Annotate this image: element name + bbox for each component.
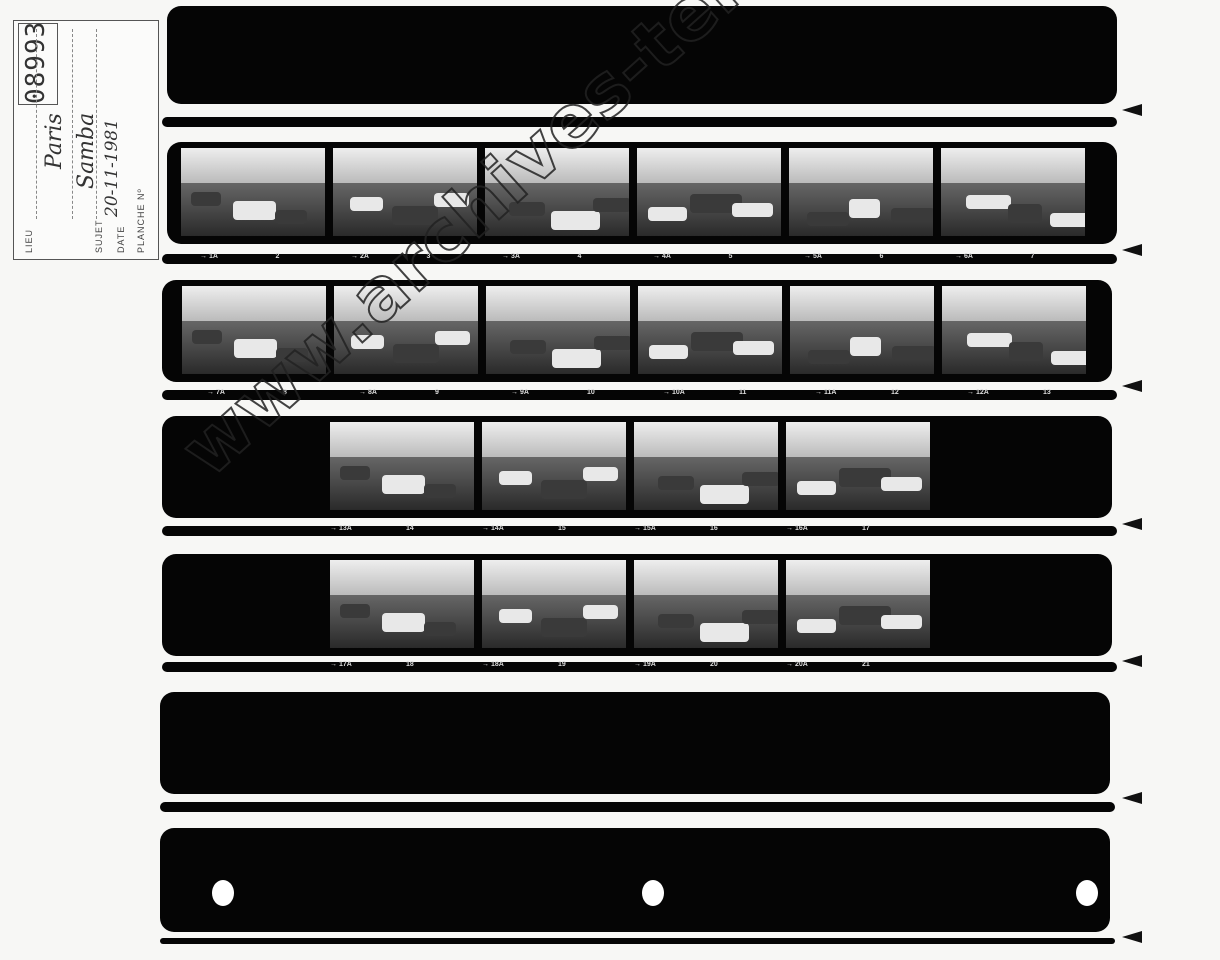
frame-number-20: 20 [710, 661, 718, 668]
frame-number-15: 15 [558, 525, 566, 532]
label-content: 08993 PLANCHE Nº DATE 20-11-1981 SUJET S… [14, 21, 158, 259]
frame-number-21: 21 [862, 661, 870, 668]
frame-number-9: 9 [435, 389, 439, 396]
sujet-label: SUJET [94, 219, 104, 253]
sujet-line-2 [72, 29, 73, 219]
photo-frame-13 [330, 422, 474, 510]
film-edge-1 [162, 117, 1117, 127]
frame-number-15A: → 15A [634, 525, 656, 532]
frame-number-1A: → 1A [200, 253, 218, 260]
arrow-marker-icon [1122, 792, 1142, 804]
sprocket-hole-1 [212, 880, 234, 906]
frame-number-16A: → 16A [786, 525, 808, 532]
photo-frame-15 [634, 422, 778, 510]
photo-frame-19 [634, 560, 778, 648]
frame-number-4A: → 4A [653, 253, 671, 260]
arrow-marker-icon [1122, 931, 1142, 943]
film-strip-2 [167, 142, 1117, 244]
date-value: 20-11-1981 [102, 119, 122, 217]
frame-number-12A: → 12A [967, 389, 989, 396]
photo-frame-17 [330, 560, 474, 648]
photo-frame-5 [789, 148, 933, 236]
photo-frame-18 [482, 560, 626, 648]
photo-frame-12 [942, 286, 1086, 374]
frame-number-19A: → 19A [634, 661, 656, 668]
arrow-marker-icon [1122, 244, 1142, 256]
frame-number-13: 13 [1043, 389, 1051, 396]
arrow-marker-icon [1122, 104, 1142, 116]
film-edge-5: → 17A18→ 18A19→ 19A20→ 20A21 [162, 662, 1117, 672]
frame-number-16: 16 [710, 525, 718, 532]
frame-number-3A: → 3A [502, 253, 520, 260]
planche-number-box: 08993 [18, 23, 58, 105]
frame-number-5: 5 [729, 253, 733, 260]
frame-number-10: 10 [587, 389, 595, 396]
frame-number-14A: → 14A [482, 525, 504, 532]
frame-number-17: 17 [862, 525, 870, 532]
frame-number-2: 2 [276, 253, 280, 260]
frame-number-20A: → 20A [786, 661, 808, 668]
photo-frame-20 [786, 560, 930, 648]
photo-frame-4 [637, 148, 781, 236]
photo-frame-6 [941, 148, 1085, 236]
frame-number-5A: → 5A [804, 253, 822, 260]
film-strip-5 [162, 554, 1112, 656]
arrow-marker-icon [1122, 518, 1142, 530]
sprocket-hole-3 [1076, 880, 1098, 906]
frame-number-10A: → 10A [663, 389, 685, 396]
frame-number-13A: → 13A [330, 525, 352, 532]
sujet-line [96, 29, 97, 219]
frame-number-6: 6 [880, 253, 884, 260]
frame-number-11: 11 [739, 389, 746, 396]
contact-sheet-label: 08993 PLANCHE Nº DATE 20-11-1981 SUJET S… [13, 20, 159, 260]
photo-frame-16 [786, 422, 930, 510]
film-strip-6 [160, 692, 1110, 794]
frame-number-17A: → 17A [330, 661, 352, 668]
film-strip-4 [162, 416, 1112, 518]
frame-number-4: 4 [578, 253, 582, 260]
frame-number-14: 14 [406, 525, 414, 532]
frame-number-8A: → 8A [359, 389, 377, 396]
arrow-marker-icon [1122, 655, 1142, 667]
photo-frame-9 [486, 286, 630, 374]
lieu-line [36, 29, 37, 219]
frame-number-18A: → 18A [482, 661, 504, 668]
frame-number-12: 12 [891, 389, 899, 396]
film-edge-6 [160, 802, 1115, 812]
frame-number-18: 18 [406, 661, 414, 668]
date-label: DATE [116, 226, 126, 253]
film-edge-2: → 1A2→ 2A3→ 3A4→ 4A5→ 5A6→ 6A7 [162, 254, 1117, 264]
photo-frame-11 [790, 286, 934, 374]
photo-frame-10 [638, 286, 782, 374]
frame-number-11A: → 11A [815, 389, 836, 396]
lieu-label: LIEU [24, 229, 34, 253]
film-edge-4: → 13A14→ 14A15→ 15A16→ 16A17 [162, 526, 1117, 536]
photo-frame-1 [181, 148, 325, 236]
frame-number-6A: → 6A [955, 253, 973, 260]
photo-frame-14 [482, 422, 626, 510]
frame-number-9A: → 9A [511, 389, 529, 396]
lieu-value: Paris [42, 113, 67, 169]
film-strip-7 [160, 828, 1110, 932]
film-edge-7 [160, 938, 1115, 944]
frame-number-7: 7 [1031, 253, 1035, 260]
arrow-marker-icon [1122, 380, 1142, 392]
sprocket-hole-2 [642, 880, 664, 906]
frame-number-19: 19 [558, 661, 566, 668]
planche-label: PLANCHE Nº [136, 188, 146, 253]
